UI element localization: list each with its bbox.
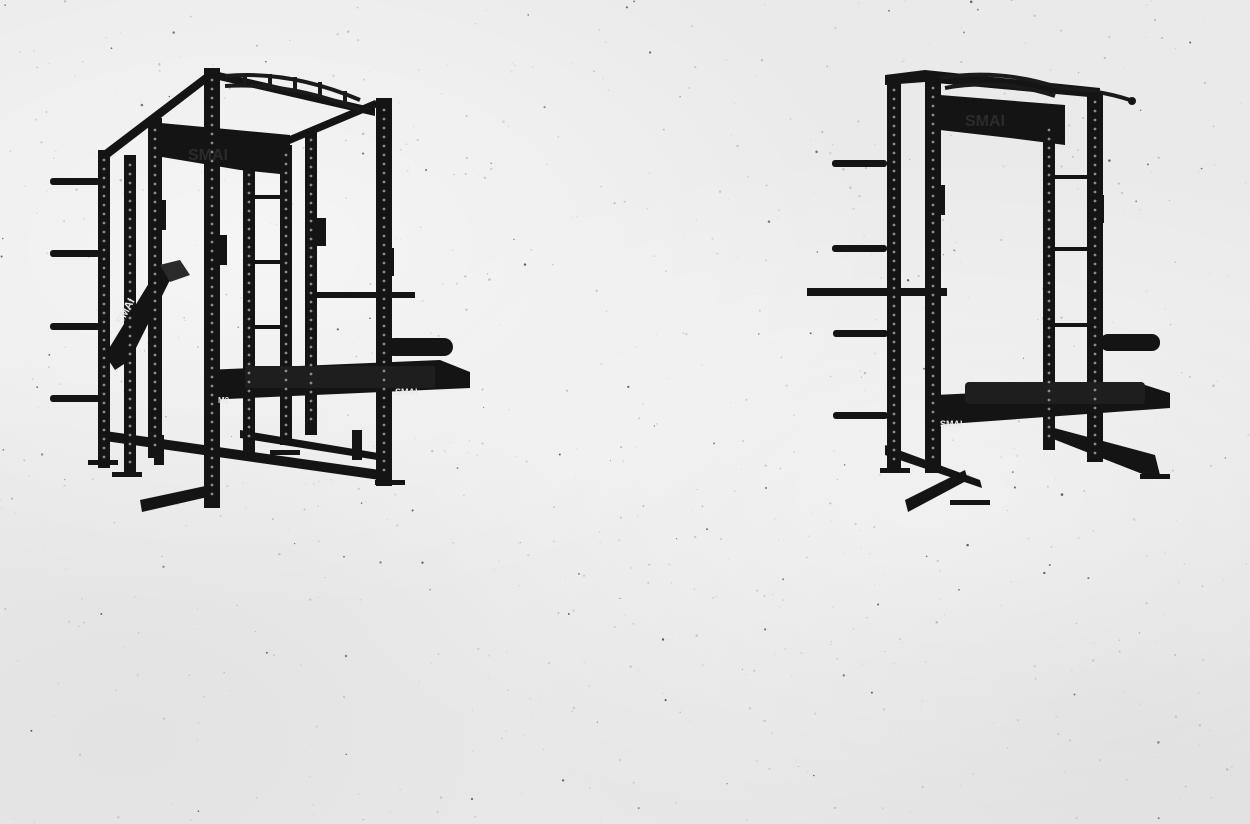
brand-mark-bench-side: SMAI xyxy=(940,419,963,429)
full-power-rack-image: SMAI SMAI SMAI M2 xyxy=(40,60,480,520)
brand-mark-crossbeam: SMAI xyxy=(965,113,1005,130)
brand-mark-crossbeam: SMAI xyxy=(188,147,228,164)
brand-mark-bench: SMAI xyxy=(395,387,418,397)
half-rack-image: SMAI SMAI xyxy=(800,60,1180,520)
brand-mark-bench-side: M2 xyxy=(218,396,230,405)
